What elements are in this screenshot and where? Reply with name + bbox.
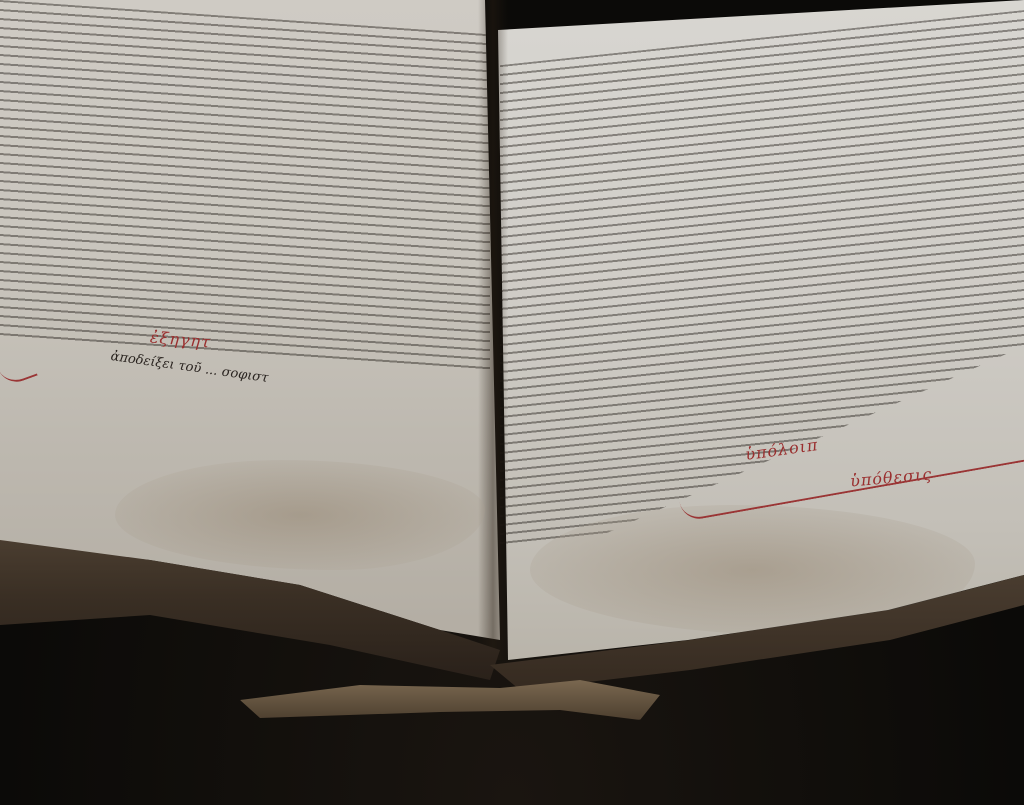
manuscript-photo: ἐξηγητ ἀποδείξει τοῦ ... σοφιστ ὑπόλοιπ … — [0, 0, 1024, 805]
left-page-text — [0, 0, 490, 374]
book-gutter — [478, 0, 508, 660]
binding-headband — [240, 680, 660, 720]
